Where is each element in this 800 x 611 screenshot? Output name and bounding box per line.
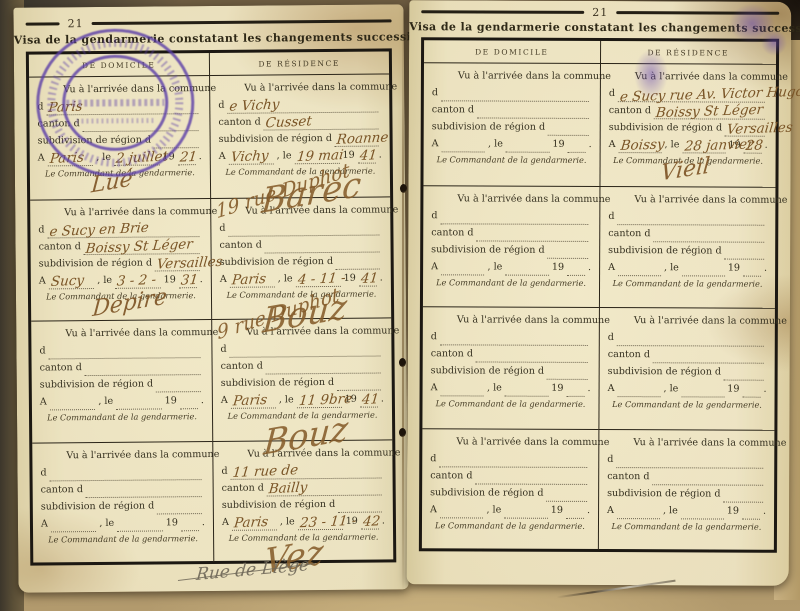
le-label: , le [487, 258, 502, 275]
visa-cell: Vu à l'arrivée dans la communedcanton ds… [598, 307, 775, 429]
subdivision-label: subdivision de région d [221, 374, 335, 392]
date-field [681, 381, 724, 397]
a-label: A [40, 393, 47, 410]
end-dot: . [381, 390, 384, 407]
place-field-handwriting: Boissy [620, 136, 666, 154]
date-field: 19 mai [294, 148, 339, 164]
subdivision-field [157, 498, 202, 514]
place-field: Paris [231, 392, 276, 408]
end-dot: . [763, 502, 766, 519]
end-dot: . [380, 269, 383, 286]
place-field: Paris [48, 150, 94, 166]
place-date-line: A, le19. [431, 379, 591, 397]
a-label: A [39, 272, 46, 289]
canton-line: canton d [37, 114, 201, 132]
commander-line: Le Commandant de la gendarmerie. [430, 398, 590, 409]
a-label: A [608, 380, 615, 397]
place-date-line: ASucy, le3 - 2 -1931. [39, 271, 203, 289]
canton-label: canton d [40, 359, 82, 376]
year-prefix: 19 [727, 502, 739, 519]
booklet-page-left: 21 Visa de la gendarmerie constatant les… [13, 4, 408, 592]
date-field: 11 9bre [297, 392, 342, 408]
place-date-line: AParis, le4 - 11 -1941. [220, 269, 383, 287]
place-field [442, 136, 486, 152]
commune-field [617, 209, 764, 226]
place-date-line: A, le19. [40, 392, 204, 410]
year-field: 41 [359, 270, 377, 286]
commune-line: d [219, 218, 382, 236]
commune-field [440, 208, 588, 225]
canton-field [654, 226, 765, 242]
subdivision-line: subdivision de région d [221, 373, 384, 391]
canton-label: canton d [222, 479, 264, 496]
canton-line: canton d [40, 358, 204, 376]
arrival-line: Vu à l'arrivée dans la commune [608, 315, 767, 327]
place-field: Boissy [619, 137, 662, 153]
visa-cell: Vu à l'arrivée dans la communed11 rue de… [212, 439, 393, 562]
canton-label: canton d [432, 101, 474, 118]
canton-label: canton d [608, 346, 650, 363]
commune-line: de Sucy en Brie [38, 220, 202, 238]
subdivision-field: Versailles [155, 255, 200, 271]
visa-cell: Vu à l'arrivée dans la communede Sucy en… [30, 198, 211, 321]
place-date-line: AVichy, le19 mai1941. [219, 147, 382, 165]
commune-field-handwriting: 11 rue de [232, 462, 299, 482]
visa-cell: Vu à l'arrivée dans la communedcanton ds… [32, 440, 213, 563]
column-header-domicile: DE DOMICILE [29, 53, 209, 77]
subdivision-field [336, 253, 380, 269]
arrival-line: Vu à l'arrivée dans la commune [430, 436, 590, 448]
subdivision-label: subdivision de région d [431, 362, 545, 379]
end-dot: . [382, 512, 385, 529]
commune-field [441, 85, 589, 102]
commune-line: de Vichy [218, 96, 381, 114]
d-label: d [608, 208, 614, 225]
year-field [567, 259, 585, 275]
commune-field [616, 452, 763, 469]
rule-right [92, 19, 392, 25]
place-date-line: AParis, le23 - 11 -1942. [222, 512, 385, 530]
le-label: , le [280, 513, 295, 530]
canton-field [476, 346, 588, 362]
le-label: , le [277, 147, 292, 164]
stitch-hole [400, 184, 407, 193]
subdivision-line: subdivision de région d [38, 131, 202, 149]
subdivision-line: subdivision de région dRoanne [219, 130, 382, 148]
subdivision-field [338, 496, 382, 512]
date-field [682, 260, 725, 276]
canton-label: canton d [431, 345, 473, 362]
subdivision-field [547, 364, 588, 380]
commune-field [439, 451, 587, 468]
booklet-page-right: 21 Visa de la gendarmerie constatant les… [407, 0, 792, 586]
subdivision-field [548, 242, 589, 258]
commander-line: Le Commandant de la gendarmerie. [430, 520, 590, 531]
subdivision-line: subdivision de région d [430, 484, 590, 502]
place-date-line: A, le19. [431, 258, 591, 276]
arrival-line: Vu à l'arrivée dans la commune [37, 83, 201, 95]
canton-field: Bailly [267, 479, 382, 496]
canton-field [653, 347, 764, 363]
commune-field [50, 464, 202, 481]
subdivision-label: subdivision de région d [41, 497, 155, 515]
subdivision-field [548, 120, 589, 136]
year-prefix: 19 [552, 136, 564, 153]
commune-line: d [220, 339, 383, 357]
a-label: A [221, 392, 228, 409]
place-field [618, 260, 661, 276]
rule-left [26, 22, 60, 25]
place-field-handwriting: Sucy [50, 272, 85, 291]
le-label: , le [486, 501, 501, 518]
d-label: d [221, 462, 227, 479]
d-label: d [431, 207, 437, 224]
end-dot: . [763, 381, 766, 398]
le-label: , le [99, 514, 114, 531]
canton-label: canton d [41, 481, 83, 498]
end-dot: . [589, 136, 592, 153]
canton-field [475, 468, 587, 484]
commune-line: d [40, 463, 204, 481]
year-field [568, 137, 586, 153]
a-label: A [219, 148, 226, 165]
canton-field [477, 102, 589, 118]
subdivision-line: subdivision de région d [220, 252, 383, 270]
le-label: , le [663, 380, 678, 397]
visa-cell: Vu à l'arrivée dans la communedcanton ds… [599, 186, 776, 308]
commune-line: d [608, 329, 767, 347]
commune-line: d [608, 208, 767, 226]
subdivision-field-handwriting: Versailles [156, 253, 223, 273]
le-label: , le [664, 259, 679, 276]
d-label: d [431, 328, 437, 345]
year-field: 42 [361, 513, 379, 529]
commune-field: e Sucy rue Av. Victor Hugo [618, 86, 765, 103]
year-prefix: 19 [551, 501, 563, 518]
arrival-line: Vu à l'arrivée dans la commune [607, 437, 766, 449]
date-field [116, 393, 162, 409]
canton-line: canton d [431, 224, 591, 242]
visa-cell: Vu à l'arrivée dans la communedcanton ds… [31, 319, 212, 442]
end-dot: . [588, 258, 591, 275]
commune-field-handwriting: Paris [48, 98, 84, 117]
le-label: , le [97, 271, 112, 288]
subdivision-field: Roanne [335, 131, 379, 147]
visa-cell: Vu à l'arrivée dans la communedcanton ds… [422, 428, 599, 550]
place-field [50, 394, 96, 410]
visa-cell: Vu à l'arrivée dans la communede Sucy ru… [599, 64, 776, 186]
year-field-handwriting: 41 [359, 147, 378, 165]
arrival-line: Vu à l'arrivée dans la commune [609, 71, 768, 83]
commune-field [49, 342, 201, 359]
place-date-line: A, le19. [608, 259, 767, 277]
year-field-handwriting: 42 [362, 513, 381, 531]
commune-field-handwriting: e Vichy [229, 96, 281, 115]
visa-cell: Vu à l'arrivée dans la communedcanton ds… [423, 63, 600, 185]
le-label: , le [665, 136, 680, 153]
commander-line: Le Commandant de la gendarmerie. [607, 399, 766, 410]
year-field: 41 [360, 392, 378, 408]
arrival-line: Vu à l'arrivée dans la commune [431, 193, 591, 205]
date-field: 28 janvier [682, 137, 725, 153]
le-label: , le [278, 270, 293, 287]
visa-table: DE DOMICILE DE RÉSIDENCE Vu à l'arrivée … [419, 37, 779, 553]
le-label: , le [98, 393, 113, 410]
commune-field [228, 219, 379, 236]
canton-field: Boissy St Léger [84, 238, 200, 255]
place-field [51, 516, 97, 532]
canton-field: Cusset [264, 114, 379, 131]
place-field: Vichy [229, 148, 274, 164]
year-field: 41 [358, 148, 376, 164]
end-dot: . [765, 137, 768, 154]
visa-cell: Vu à l'arrivée dans la communedcanton ds… [422, 306, 599, 428]
canton-line: canton d [608, 346, 767, 364]
commune-line: d11 rue de [221, 461, 384, 479]
year-field [566, 502, 584, 518]
canton-label: canton d [37, 115, 79, 132]
le-label: , le [96, 149, 111, 166]
d-label: d [40, 464, 46, 481]
canton-field [266, 358, 381, 375]
date-field-handwriting: 28 janvier [683, 136, 754, 155]
place-field-handwriting: Paris [49, 149, 85, 168]
commune-field: e Sucy en Brie [47, 221, 199, 238]
d-label: d [37, 98, 43, 115]
place-field [617, 503, 660, 519]
column-header-domicile: DE DOMICILE [424, 40, 600, 63]
commander-line: Le Commandant de la gendarmerie. [608, 278, 767, 289]
arrival-line: Vu à l'arrivée dans la commune [38, 206, 202, 218]
table-body: Vu à l'arrivée dans la communedPariscant… [29, 74, 393, 563]
visa-table: DE DOMICILE DE RÉSIDENCE Vu à l'arrivée … [26, 48, 396, 565]
year-field [742, 382, 760, 398]
d-label: d [608, 329, 614, 346]
commune-line: d [431, 207, 591, 225]
a-label: A [608, 259, 615, 276]
date-field-handwriting: 2 juillet [115, 148, 169, 167]
subdivision-label: subdivision de région d [40, 376, 154, 394]
year-field [566, 381, 584, 397]
end-dot: . [202, 514, 205, 531]
d-label: d [38, 221, 44, 238]
commander-line: Le Commandant de la gendarmerie. [607, 521, 766, 532]
page-title: Visa de la gendarmerie constatant les ch… [14, 30, 404, 46]
end-dot: . [764, 259, 767, 276]
canton-line: canton d [221, 356, 384, 374]
d-label: d [218, 97, 224, 114]
place-field [441, 259, 485, 275]
subdivision-field [337, 375, 381, 391]
end-dot: . [379, 147, 382, 164]
d-label: d [607, 451, 613, 468]
commune-field: e Vichy [227, 97, 378, 114]
canton-label: canton d [430, 467, 472, 484]
subdivision-field [156, 376, 201, 392]
arrival-line: Vu à l'arrivée dans la commune [431, 314, 591, 326]
canton-line: canton d [41, 480, 205, 498]
subdivision-label: subdivision de région d [38, 132, 152, 150]
canton-line: canton d [432, 101, 592, 119]
d-label: d [432, 84, 438, 101]
year-field-handwriting: 31 [180, 271, 199, 289]
year-field [743, 260, 761, 276]
subdivision-field [724, 486, 764, 502]
commune-line: d [431, 328, 591, 346]
column-header-residence: DE RÉSIDENCE [600, 41, 777, 64]
canton-field [477, 225, 589, 241]
visa-cell: Vu à l'arrivée dans la communedcanton ds… [211, 317, 392, 440]
subdivision-line: subdivision de région d [41, 497, 205, 515]
subdivision-line: subdivision de région d [608, 242, 767, 260]
subdivision-label: subdivision de région d [432, 118, 546, 135]
subdivision-line: subdivision de région d [431, 362, 591, 380]
place-field-handwriting: Paris [231, 270, 267, 289]
arrival-line: Vu à l'arrivée dans la commune [40, 449, 204, 461]
subdivision-label: subdivision de région d [219, 130, 333, 148]
page-number: 21 [592, 6, 608, 19]
end-dot: . [587, 501, 590, 518]
subdivision-field [154, 132, 199, 148]
arrival-line: Vu à l'arrivée dans la commune [39, 327, 203, 339]
canton-field-handwriting: Boissy St Léger [655, 102, 764, 122]
canton-line: canton d [430, 467, 590, 485]
subdivision-line: subdivision de région dVersailles [609, 119, 768, 137]
a-label: A [430, 501, 437, 518]
rule-left [421, 10, 584, 14]
subdivision-label: subdivision de région d [607, 485, 721, 502]
le-label: , le [663, 502, 678, 519]
place-date-line: A, le19. [430, 501, 590, 519]
place-field: Paris [230, 271, 275, 287]
canton-line: canton d [607, 468, 766, 486]
a-label: A [432, 135, 439, 152]
subdivision-label: subdivision de région d [608, 242, 722, 259]
stitch-hole [399, 358, 406, 367]
visa-cell: Vu à l'arrivée dans la communedcanton ds… [598, 428, 775, 550]
place-date-line: AParis, le2 juillet1921. [38, 148, 202, 166]
year-prefix: 19 [728, 259, 740, 276]
canton-field-handwriting: Cusset [265, 113, 313, 132]
canton-field: Boissy St Léger [654, 103, 765, 119]
a-label: A [220, 270, 227, 287]
place-date-line: A, le19. [41, 514, 205, 532]
place-field [440, 502, 484, 518]
date-field [505, 259, 549, 275]
date-field-handwriting: 4 - 11 - [297, 269, 346, 288]
commune-field: 11 rue de [231, 462, 382, 479]
commander-line: Le Commandant de la gendarmerie. [431, 277, 591, 288]
place-date-line: ABoissy, le28 janvier1928. [609, 136, 768, 154]
commune-line: de Sucy rue Av. Victor Hugo [609, 85, 768, 103]
place-field: Paris [232, 514, 277, 530]
year-field-handwriting: 41 [360, 270, 379, 288]
place-date-line: A, le19. [608, 380, 767, 398]
canton-field-handwriting: Bailly [268, 479, 308, 498]
le-label: , le [488, 136, 503, 153]
year-field-handwriting: 41 [361, 391, 380, 409]
commune-line: d [607, 451, 766, 469]
year-field: 21 [178, 149, 196, 165]
subdivision-field [724, 365, 764, 381]
page-top-rule: 21 [421, 5, 779, 20]
place-field: Sucy [49, 273, 95, 289]
year-prefix: 19 [727, 381, 739, 398]
table-body: Vu à l'arrivée dans la communedcanton ds… [422, 63, 776, 551]
subdivision-label: subdivision de région d [222, 495, 336, 513]
a-label: A [222, 513, 229, 530]
canton-line: canton d [608, 225, 767, 243]
year-field [181, 515, 199, 531]
canton-field [83, 115, 199, 132]
a-label: A [431, 258, 438, 275]
subdivision-label: subdivision de région d [430, 484, 544, 501]
date-field [506, 137, 550, 153]
d-label: d [609, 85, 615, 102]
subdivision-line: subdivision de région d [40, 375, 204, 393]
commander-line: Le Commandant de la gendarmerie. [40, 411, 204, 422]
stitch-hole [399, 428, 406, 437]
place-date-line: A, le19. [432, 135, 592, 153]
canton-line: canton d [219, 235, 382, 253]
year-field-handwriting: 28 [745, 137, 764, 155]
page-top-rule: 21 [26, 14, 392, 30]
d-label: d [220, 341, 226, 358]
canton-line: canton d [431, 345, 591, 363]
a-label: A [41, 515, 48, 532]
page-number: 21 [68, 17, 84, 30]
subdivision-line: subdivision de région d [608, 363, 767, 381]
end-dot: . [201, 392, 204, 409]
canton-label: canton d [218, 114, 260, 131]
place-field-handwriting: Paris [233, 513, 269, 532]
date-field [505, 381, 549, 397]
a-label: A [607, 502, 614, 519]
commune-line: dParis [37, 97, 201, 115]
year-field [180, 393, 198, 409]
table-header-row: DE DOMICILE DE RÉSIDENCE [424, 40, 776, 65]
d-label: d [430, 450, 436, 467]
le-label: , le [487, 380, 502, 397]
date-field [681, 503, 724, 519]
place-field [617, 381, 660, 397]
subdivision-field: Versailles [725, 121, 765, 137]
subdivision-field-handwriting: Versailles [726, 120, 794, 139]
a-label: A [609, 136, 616, 153]
commune-line: d [432, 84, 592, 102]
a-label: A [38, 149, 45, 166]
subdivision-label: subdivision de région d [220, 252, 334, 270]
year-field: 31 [179, 272, 197, 288]
year-prefix: 19 [552, 258, 564, 275]
a-label: A [431, 379, 438, 396]
subdivision-line: subdivision de région d [432, 118, 592, 136]
end-dot: . [587, 380, 590, 397]
visa-cell: Vu à l'arrivée dans la communedPariscant… [29, 76, 210, 199]
commune-field [230, 341, 381, 358]
date-field: 23 - 11 - [298, 513, 343, 529]
date-field-handwriting: 23 - 11 - [299, 512, 357, 532]
date-field-handwriting: 11 9bre [298, 391, 353, 410]
canton-label: canton d [607, 468, 649, 485]
le-label: , le [279, 391, 294, 408]
canton-field [652, 469, 763, 485]
binding-crease [402, 10, 404, 595]
commander-line: Le Commandant de la gendarmerie. [41, 533, 205, 544]
place-field-handwriting: Vichy [230, 148, 269, 167]
canton-label: canton d [221, 358, 263, 375]
canton-field [265, 236, 380, 253]
